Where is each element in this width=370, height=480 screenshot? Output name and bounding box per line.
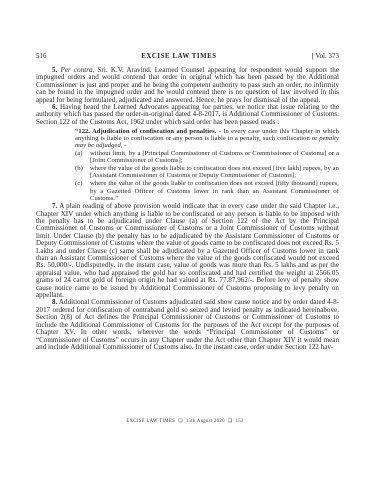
statute-section-intro-tail: , -	[121, 142, 127, 149]
footer-page-ref: 152	[236, 419, 244, 424]
paragraph-8: 8. Additional Commissioner of Customs ad…	[36, 299, 339, 351]
statute-clause-a: (a) without limit, by a [Principal Commi…	[75, 150, 339, 164]
clause-c-text: where the value of the goods liable to c…	[90, 180, 339, 201]
statute-clause-b: (b) where the value of the goods liable …	[75, 165, 339, 179]
paragraph-6: 6. Having heard the Learned Advocates ap…	[36, 104, 339, 126]
clause-a-label: (a)	[75, 150, 90, 164]
clause-b-label: (b)	[75, 165, 90, 179]
paragraph-7: 7. A plain reading of above provision wo…	[36, 203, 339, 299]
statute-clause-c: (c) where the value of the goods liable …	[75, 180, 339, 201]
footer-issue-date: 15th August 2020	[186, 419, 225, 424]
paragraph-6-text: Having heard the Learned Advocates appea…	[36, 103, 339, 126]
paragraph-5: 5. Per contra, Sri. K.V. Aravind, Learne…	[36, 67, 339, 104]
document-page: 516 EXCISE LAW TIMES [ Vol. 373 5. Per c…	[0, 0, 370, 480]
statute-section-title: “122. Adjudication of confiscation and p…	[75, 128, 216, 135]
clause-b-text: where the value of the goods liable to c…	[90, 165, 339, 179]
page-body-text: 5. Per contra, Sri. K.V. Aravind, Learne…	[36, 67, 339, 351]
footer-separator-box-icon: ❑	[178, 419, 183, 425]
header-journal-title: EXCISE LAW TIMES	[141, 53, 216, 61]
header-volume-label: [ Vol. 373	[311, 52, 339, 60]
paragraph-7-text: A plain reading of above provision would…	[36, 202, 339, 299]
footer-journal-title: EXCISE LAW TIMES	[126, 419, 175, 424]
running-header: 516 EXCISE LAW TIMES [ Vol. 373	[36, 52, 339, 61]
running-footer: EXCISE LAW TIMES❑15th August 2020❑152	[0, 419, 370, 425]
statute-quote-block: “122. Adjudication of confiscation and p…	[75, 128, 339, 202]
footer-separator-box-icon: ❑	[228, 419, 233, 425]
header-page-number: 516	[36, 52, 47, 60]
clause-c-label: (c)	[75, 180, 90, 201]
paragraph-8-text: Additional Commissioner of Customs adjud…	[36, 298, 339, 350]
clause-a-text: without limit, by a [Principal Commissio…	[90, 150, 339, 164]
statute-section-heading: “122. Adjudication of confiscation and p…	[75, 128, 339, 149]
